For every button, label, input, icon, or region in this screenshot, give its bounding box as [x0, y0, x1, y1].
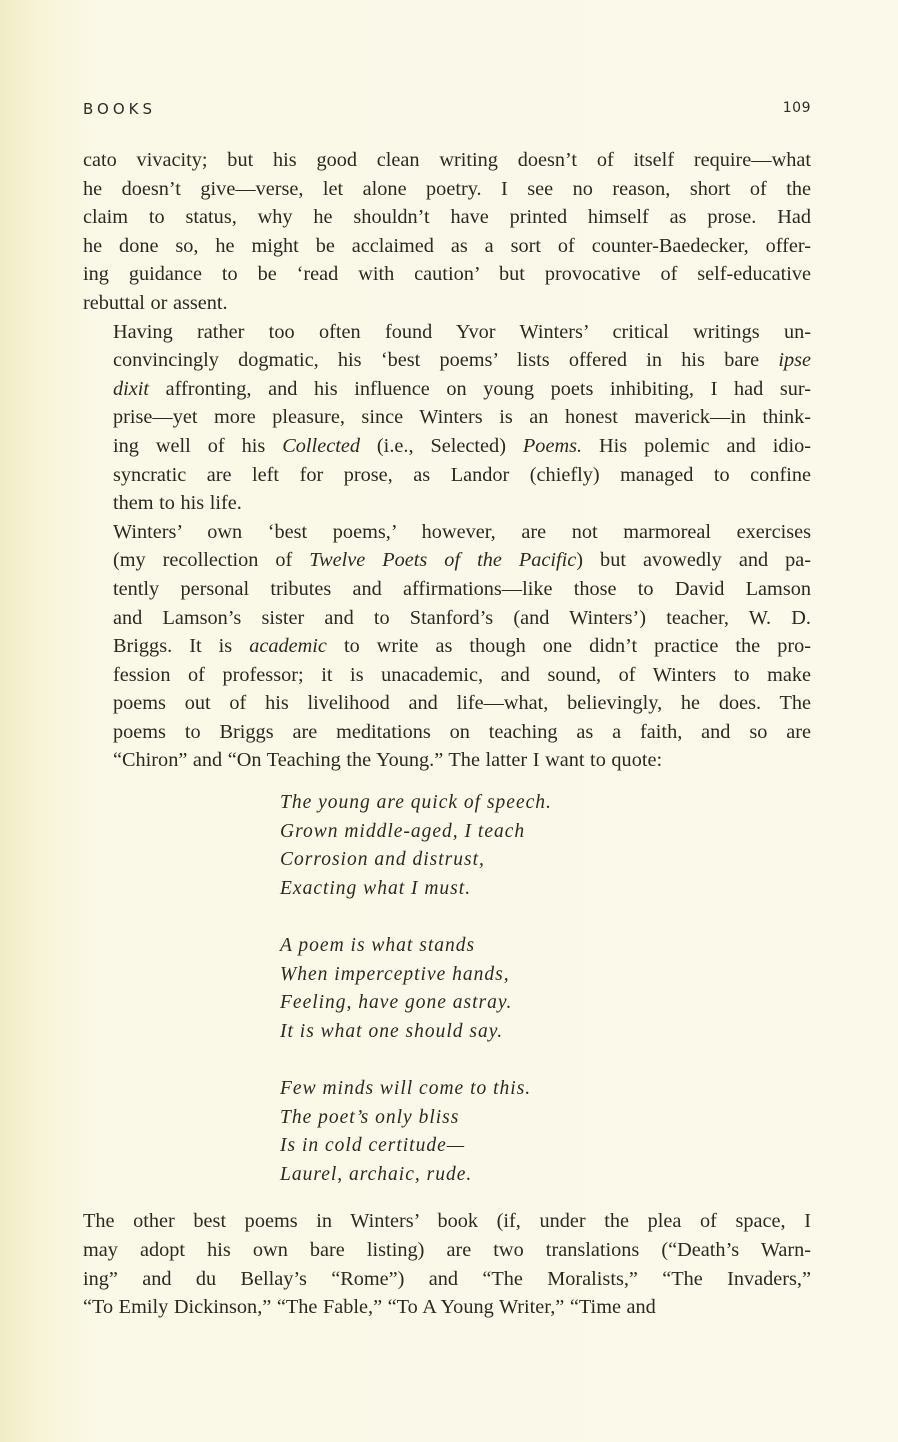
text-line: “Chiron” and “On Teaching the Young.” Th…: [83, 746, 811, 775]
verse-line: A poem is what stands: [280, 932, 811, 961]
text-line: dixit affronting, and his influence on y…: [83, 375, 811, 404]
verse-line: Feeling, have gone astray.: [280, 989, 811, 1018]
text-line: claim to status, why he shouldn’t have p…: [83, 203, 811, 232]
verse-line: Laurel, archaic, rude.: [280, 1161, 811, 1190]
paragraph-3: Winters’ own ‘best poems,’ however, are …: [83, 518, 811, 775]
italic-title: dixit: [113, 378, 149, 400]
text-line: ing” and du Bellay’s “Rome”) and “The Mo…: [83, 1265, 811, 1294]
page-number: 109: [783, 100, 811, 118]
italic-title: Collected: [282, 435, 360, 457]
italic-title: ipse: [778, 349, 811, 371]
verse-line: Few minds will come to this.: [280, 1075, 811, 1104]
verse-line: Corrosion and distrust,: [280, 846, 811, 875]
verse-line: Is in cold certitude—: [280, 1132, 811, 1161]
running-head: BOOKS 109: [83, 100, 811, 118]
verse-line: Exacting what I must.: [280, 875, 811, 904]
poem-stanza-1: The young are quick of speech. Grown mid…: [280, 789, 811, 903]
text-line: ing guidance to be ‘read with caution’ b…: [83, 260, 811, 289]
paragraph-1: cato vivacity; but his good clean writin…: [83, 146, 811, 318]
text-line: may adopt his own bare listing) are two …: [83, 1236, 811, 1265]
italic-title: Twelve Poets of the Pacific: [309, 549, 576, 571]
text-line: fession of professor; it is unacademic, …: [83, 661, 811, 690]
text-line: Winters’ own ‘best poems,’ however, are …: [83, 518, 811, 547]
verse-line: It is what one should say.: [280, 1018, 811, 1047]
text-line: Having rather too often found Yvor Winte…: [83, 318, 811, 347]
text-line: them to his life.: [83, 489, 811, 518]
text-line: rebuttal or assent.: [83, 289, 811, 318]
text-line: (my recollection of Twelve Poets of the …: [83, 546, 811, 575]
text-line: The other best poems in Winters’ book (i…: [83, 1207, 811, 1236]
paragraph-2: Having rather too often found Yvor Winte…: [83, 318, 811, 518]
paragraph-4: The other best poems in Winters’ book (i…: [83, 1207, 811, 1321]
text-line: syncratic are left for prose, as Landor …: [83, 461, 811, 490]
text-line: ing well of his Collected (i.e., Selecte…: [83, 432, 811, 461]
verse-line: The poet’s only bliss: [280, 1104, 811, 1133]
text-line: he done so, he might be acclaimed as a s…: [83, 232, 811, 261]
text-line: “To Emily Dickinson,” “The Fable,” “To A…: [83, 1293, 811, 1322]
poem-quotation: The young are quick of speech. Grown mid…: [280, 789, 811, 1189]
text-line: cato vivacity; but his good clean writin…: [83, 146, 811, 175]
text-line: he doesn’t give—verse, let alone poetry.…: [83, 175, 811, 204]
poem-stanza-2: A poem is what stands When imperceptive …: [280, 932, 811, 1046]
italic-title: academic: [249, 635, 327, 657]
italic-title: Poems.: [523, 435, 582, 457]
section-title: BOOKS: [83, 100, 156, 118]
poem-stanza-3: Few minds will come to this. The poet’s …: [280, 1075, 811, 1189]
text-line: and Lamson’s sister and to Stanford’s (a…: [83, 604, 811, 633]
text-line: poems to Briggs are meditations on teach…: [83, 718, 811, 747]
verse-line: When imperceptive hands,: [280, 961, 811, 990]
text-line: tently personal tributes and affirmation…: [83, 575, 811, 604]
body-text: cato vivacity; but his good clean writin…: [83, 146, 811, 1322]
text-line: Briggs. It is academic to write as thoug…: [83, 632, 811, 661]
text-line: prise—yet more pleasure, since Winters i…: [83, 403, 811, 432]
verse-line: The young are quick of speech.: [280, 789, 811, 818]
text-line: poems out of his livelihood and life—wha…: [83, 689, 811, 718]
verse-line: Grown middle-aged, I teach: [280, 818, 811, 847]
text-line: convincingly dogmatic, his ‘best poems’ …: [83, 346, 811, 375]
